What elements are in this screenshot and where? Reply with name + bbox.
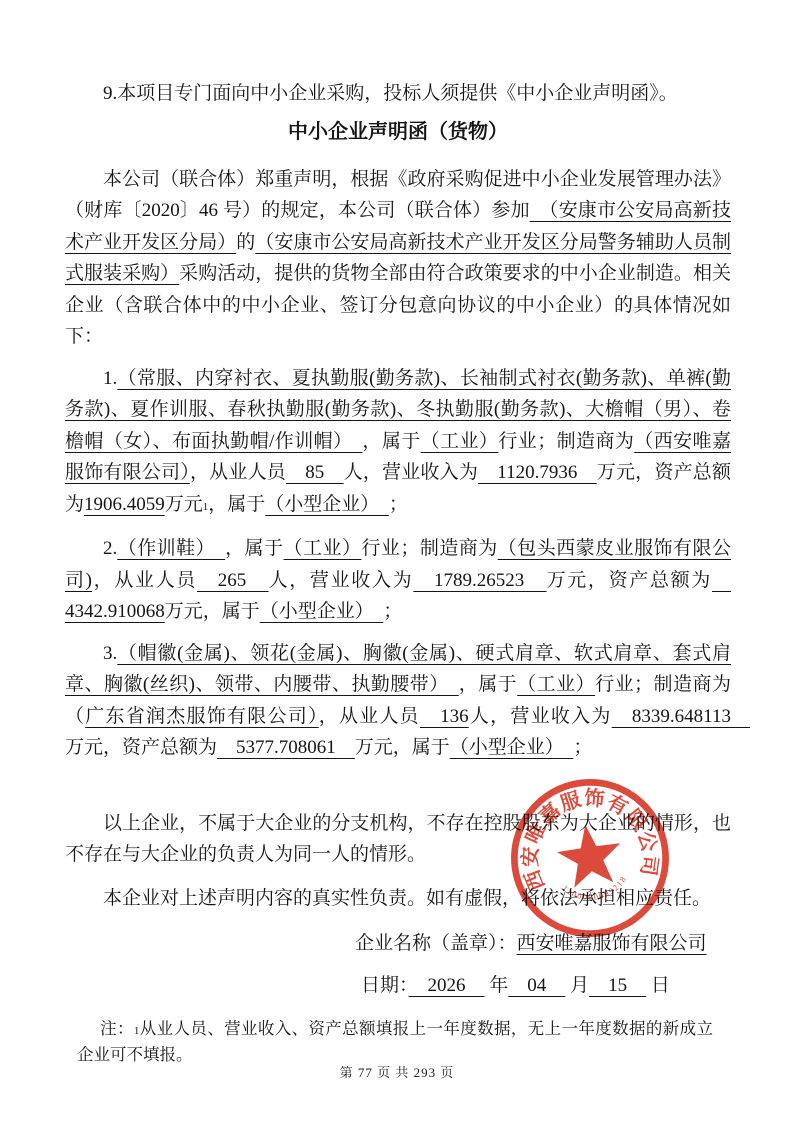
closing-paragraph-1: 以上企业，不属于大企业的分支机构，不存在控股股东为大企业的情形，也不存在与大企业… bbox=[65, 808, 731, 871]
text-segment: 万元，属于 bbox=[165, 601, 260, 622]
document-content: 9.本项目专门面向中小企业采购，投标人须提供《中小企业声明函》。 中小企业声明函… bbox=[0, 0, 794, 1066]
text-segment: 万元，资产总额为 bbox=[547, 570, 712, 591]
text-segment: 04 bbox=[508, 975, 565, 996]
text-segment: 265 bbox=[197, 570, 269, 591]
text-segment: 西安唯嘉服饰有限公司 bbox=[517, 933, 707, 954]
text-segment: 1789.26523 bbox=[413, 570, 546, 591]
closing-paragraph-2: 本企业对上述声明内容的真实性负责。如有虚假，将依法承担相应责任。 bbox=[65, 883, 731, 915]
text-segment: 广东省润杰服饰有限公司） bbox=[85, 706, 318, 727]
document-page: 9.本项目专门面向中小企业采购，投标人须提供《中小企业声明函》。 中小企业声明函… bbox=[0, 0, 794, 1123]
text-segment: 85 bbox=[286, 462, 344, 483]
text-segment: 从业人员、营业收入、资产总额填报上一年度数据，无上一年度数据的新成立企业可不填报… bbox=[77, 1019, 713, 1064]
text-segment: （小型企业） bbox=[260, 601, 384, 622]
text-segment: （小型企业） bbox=[450, 737, 574, 758]
text-segment: （小型企业） bbox=[265, 494, 389, 515]
intro-paragraph: 本公司（联合体）郑重声明，根据《政府采购促进中小企业发展管理办法》（财库〔202… bbox=[65, 164, 731, 353]
enterprise-item-3: 3.（帽徽(金属)、领花(金属)、胸徽(金属)、硬式肩章、软式肩章、套式肩章、胸… bbox=[65, 638, 731, 764]
text-segment: 万元 bbox=[165, 494, 203, 515]
text-segment: 1. bbox=[103, 368, 117, 389]
text-segment: 的 bbox=[236, 232, 255, 253]
text-segment: 人，营业收入为 bbox=[269, 570, 414, 591]
text-segment: ，属于 bbox=[362, 431, 420, 452]
enterprise-item-1: 1.（常服、内穿衬衣、夏执勤服(勤务款)、长袖制式衬衣(勤务款)、单裤(勤务款)… bbox=[65, 363, 731, 524]
text-segment: ，从业人员 bbox=[92, 570, 197, 591]
text-segment: 日 bbox=[646, 975, 670, 996]
text-segment: 日期： bbox=[361, 975, 409, 996]
text-segment: 注： bbox=[100, 1019, 134, 1038]
text-segment: 万元，属于 bbox=[355, 737, 450, 758]
text-segment: ； bbox=[389, 494, 408, 515]
text-segment: 行业；制造商为 bbox=[498, 431, 634, 452]
text-segment: （工业） bbox=[421, 431, 499, 452]
text-segment: 月 bbox=[565, 975, 589, 996]
text-segment: 3. bbox=[103, 643, 117, 664]
text-segment: ，从业人员 bbox=[190, 462, 286, 483]
text-segment: 5377.708061 bbox=[217, 737, 355, 758]
text-segment: （工业） bbox=[517, 674, 595, 695]
page-number: 第 77 页 共 293 页 bbox=[0, 1062, 794, 1081]
text-segment: （作训鞋） bbox=[117, 538, 225, 559]
text-segment: （工业） bbox=[284, 538, 362, 559]
text-segment: 人，营业收入为 bbox=[469, 706, 612, 727]
text-segment: ，属于 bbox=[459, 674, 517, 695]
text-segment: ，从业人员 bbox=[319, 706, 420, 727]
text-segment: 1906.4059 bbox=[84, 494, 165, 515]
clause-9-text: 9.本项目专门面向中小企业采购，投标人须提供《中小企业声明函》。 bbox=[65, 78, 731, 110]
text-segment: 15 bbox=[589, 975, 646, 996]
footnote-text: 注：1从业人员、营业收入、资产总额填报上一年度数据，无上一年度数据的新成立企业可… bbox=[77, 1017, 713, 1066]
text-segment: 人，营业收入为 bbox=[344, 462, 478, 483]
enterprise-item-2: 2.（作训鞋） ，属于（工业）行业；制造商为（包头西蒙皮业服饰有限公司)，从业人… bbox=[65, 533, 731, 628]
text-segment: 年 bbox=[485, 975, 509, 996]
text-segment: 136 bbox=[420, 706, 469, 727]
date-line: 日期： 2026 年 04 月 15 日 bbox=[361, 970, 731, 1002]
text-segment: ； bbox=[383, 601, 402, 622]
text-segment: 万元，资产总额为 bbox=[65, 737, 217, 758]
text-segment: 2. bbox=[103, 538, 117, 559]
text-segment: 1120.7936 bbox=[478, 462, 597, 483]
text-segment: 行业；制造商为 bbox=[361, 538, 497, 559]
text-segment: 企业名称（盖章）： bbox=[355, 933, 517, 954]
text-segment: ，属于 bbox=[225, 538, 283, 559]
text-segment: 8339.648113 bbox=[612, 706, 750, 727]
document-title: 中小企业声明函（货物） bbox=[65, 116, 731, 148]
text-segment: 2026 bbox=[409, 975, 485, 996]
text-segment: ，属于 bbox=[208, 494, 265, 515]
text-segment: ； bbox=[573, 737, 592, 758]
company-name-line: 企业名称（盖章）：西安唯嘉服饰有限公司 bbox=[355, 928, 731, 960]
